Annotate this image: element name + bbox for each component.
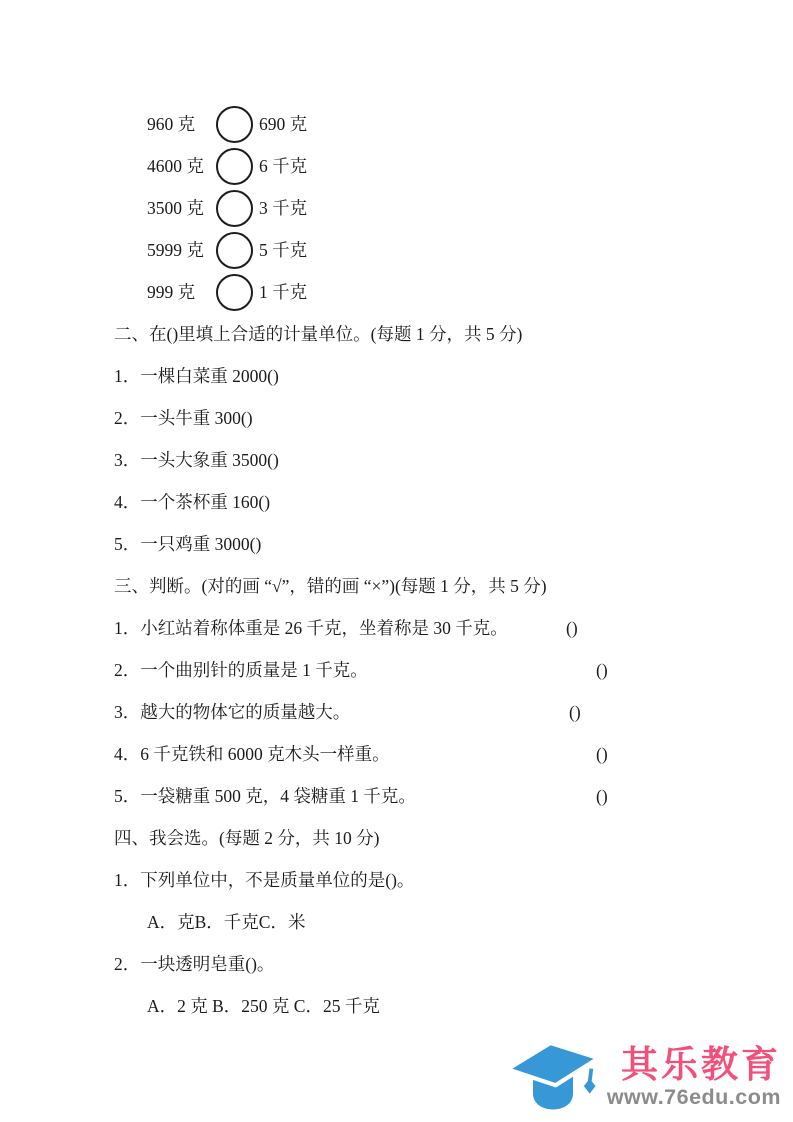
section2-heading: 二、在()里填上合适的计量单位。(每题 1 分，共 5 分) [0,313,793,355]
question-item: 2．一头牛重 300() [0,397,793,439]
comparison-right-value: 690 克 [259,103,307,145]
choice-options: A．2 克 B．250 克 C．25 千克 [0,985,793,1027]
comparison-answer-circle [216,274,253,311]
question-item: 4．一个茶杯重 160() [0,481,793,523]
worksheet-page: 960 克 690 克 4600 克 6 千克 3500 克 3 千克 5999… [0,103,793,1027]
publisher-logo: 其乐教育 www.76edu.com [503,1038,781,1116]
comparison-right-value: 5 千克 [259,229,307,271]
answer-paren: () [566,607,578,649]
graduation-cap-icon [503,1038,603,1116]
comparison-row: 3500 克 3 千克 [0,187,793,229]
comparison-right-value: 6 千克 [259,145,307,187]
comparison-row: 5999 克 5 千克 [0,229,793,271]
comparison-row: 960 克 690 克 [0,103,793,145]
comparison-answer-circle [216,148,253,185]
brand-name: 其乐教育 [621,1045,781,1086]
comparison-answer-circle [216,232,253,269]
logo-text-block: 其乐教育 www.76edu.com [607,1045,781,1108]
judgement-text: 4．6 千克铁和 6000 克木头一样重。 [114,744,390,764]
question-item: 5．一只鸡重 3000() [0,523,793,565]
judgement-item: 4．6 千克铁和 6000 克木头一样重。 () [0,733,793,775]
question-item: 3．一头大象重 3500() [0,439,793,481]
comparison-left-value: 5999 克 [147,229,216,271]
brand-url: www.76edu.com [607,1087,781,1109]
comparison-left-value: 999 克 [147,271,216,313]
answer-paren: () [596,733,608,775]
comparison-row: 4600 克 6 千克 [0,145,793,187]
answer-paren: () [596,649,608,691]
judgement-text: 5．一袋糖重 500 克，4 袋糖重 1 千克。 [114,786,416,806]
judgement-item: 3．越大的物体它的质量越大。 () [0,691,793,733]
comparison-answer-circle [216,106,253,143]
comparison-row: 999 克 1 千克 [0,271,793,313]
answer-paren: () [569,691,581,733]
comparison-left-value: 4600 克 [147,145,216,187]
judgement-text: 3．越大的物体它的质量越大。 [114,702,350,722]
answer-paren: () [596,775,608,817]
choice-question: 1．下列单位中，不是质量单位的是()。 [0,859,793,901]
judgement-text: 2．一个曲别针的质量是 1 千克。 [114,660,368,680]
comparison-left-value: 3500 克 [147,187,216,229]
comparison-left-value: 960 克 [147,103,216,145]
comparison-right-value: 3 千克 [259,187,307,229]
comparison-right-value: 1 千克 [259,271,307,313]
choice-question: 2．一块透明皂重()。 [0,943,793,985]
section4-heading: 四、我会选。(每题 2 分，共 10 分) [0,817,793,859]
judgement-item: 5．一袋糖重 500 克，4 袋糖重 1 千克。 () [0,775,793,817]
judgement-item: 1．小红站着称体重是 26 千克，坐着称是 30 千克。 () [0,607,793,649]
section3-heading: 三、判断。(对的画 “√”，错的画 “×”)(每题 1 分，共 5 分) [0,565,793,607]
judgement-item: 2．一个曲别针的质量是 1 千克。 () [0,649,793,691]
judgement-text: 1．小红站着称体重是 26 千克，坐着称是 30 千克。 [114,618,508,638]
choice-options: A．克B．千克C．米 [0,901,793,943]
question-item: 1．一棵白菜重 2000() [0,355,793,397]
comparison-answer-circle [216,190,253,227]
